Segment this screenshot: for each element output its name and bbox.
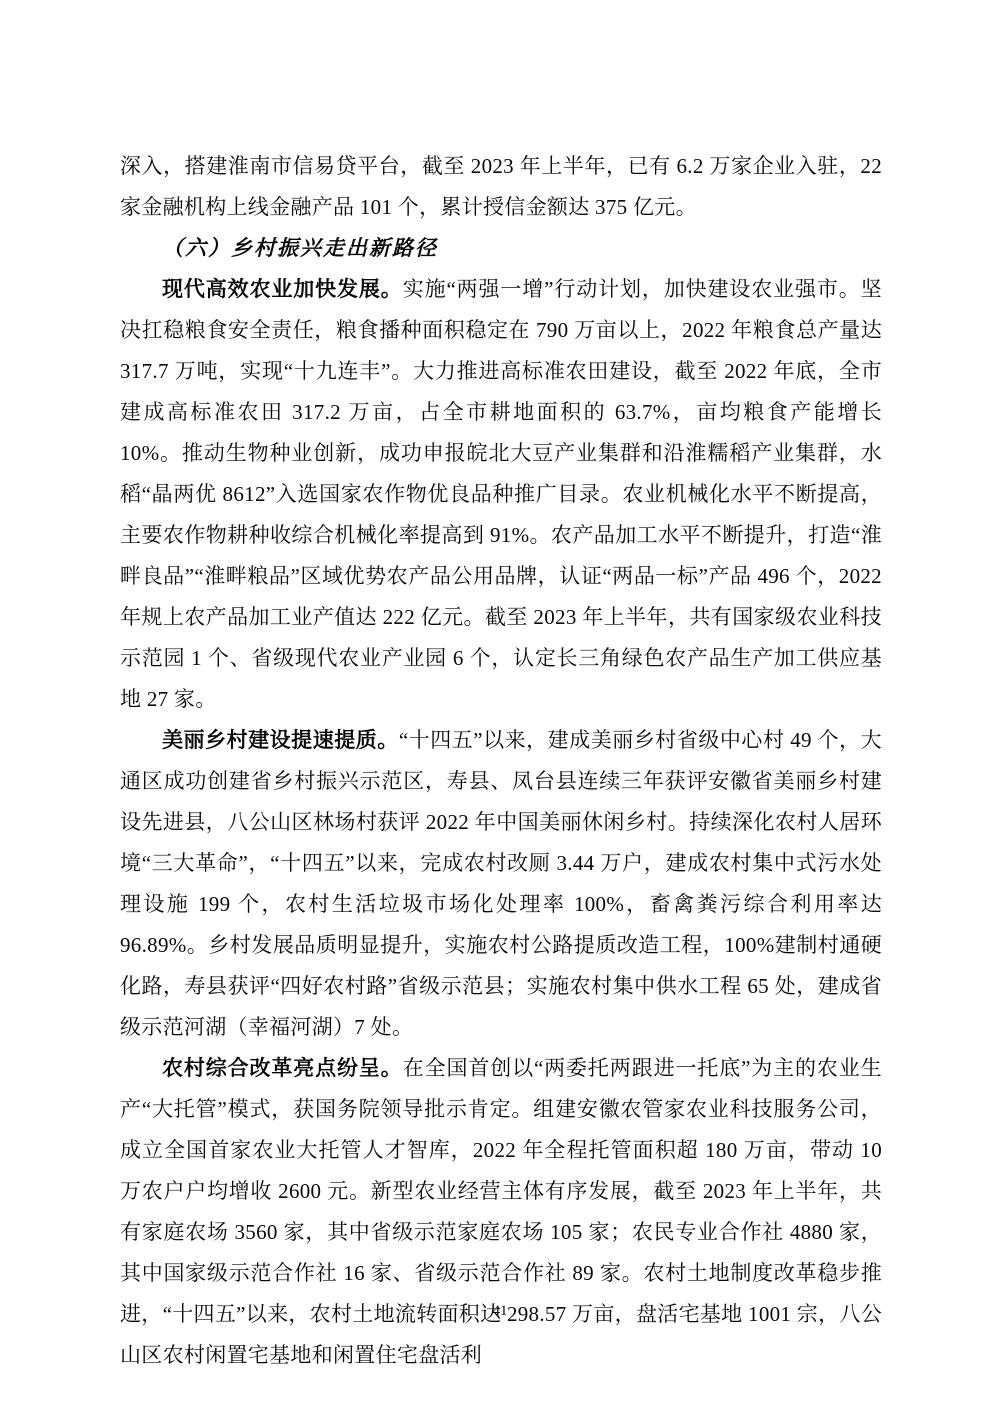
page-number: 41 bbox=[0, 1303, 1000, 1320]
paragraph-body: 实施“两强一增”行动计划，加快建设农业强市。坚决扛稳粮食安全责任，粮食播种面积稳… bbox=[120, 277, 882, 711]
paragraph-lead: 美丽乡村建设提速提质。 bbox=[162, 728, 399, 752]
document-page: 深入，搭建淮南市信易贷平台，截至 2023 年上半年，已有 6.2 万家企业入驻… bbox=[0, 0, 1000, 1415]
paragraph-body: 在全国首创以“两委托两跟进一托底”为主的农业生产“大托管”模式，获国务院领导批示… bbox=[120, 1056, 882, 1367]
section-heading: （六）乡村振兴走出新路径 bbox=[120, 228, 882, 269]
paragraph-rural-reform: 农村综合改革亮点纷呈。在全国首创以“两委托两跟进一托底”为主的农业生产“大托管”… bbox=[120, 1048, 882, 1376]
paragraph-modern-agriculture: 现代高效农业加快发展。实施“两强一增”行动计划，加快建设农业强市。坚决扛稳粮食安… bbox=[120, 269, 882, 720]
paragraph-lead: 农村综合改革亮点纷呈。 bbox=[162, 1056, 403, 1080]
paragraph-body: “十四五”以来，建成美丽乡村省级中心村 49 个，大通区成功创建省乡村振兴示范区… bbox=[120, 728, 882, 1039]
continuation-paragraph: 深入，搭建淮南市信易贷平台，截至 2023 年上半年，已有 6.2 万家企业入驻… bbox=[120, 146, 882, 228]
page-content: 深入，搭建淮南市信易贷平台，截至 2023 年上半年，已有 6.2 万家企业入驻… bbox=[120, 146, 882, 1376]
paragraph-lead: 现代高效农业加快发展。 bbox=[162, 277, 403, 301]
paragraph-beautiful-villages: 美丽乡村建设提速提质。“十四五”以来，建成美丽乡村省级中心村 49 个，大通区成… bbox=[120, 720, 882, 1048]
